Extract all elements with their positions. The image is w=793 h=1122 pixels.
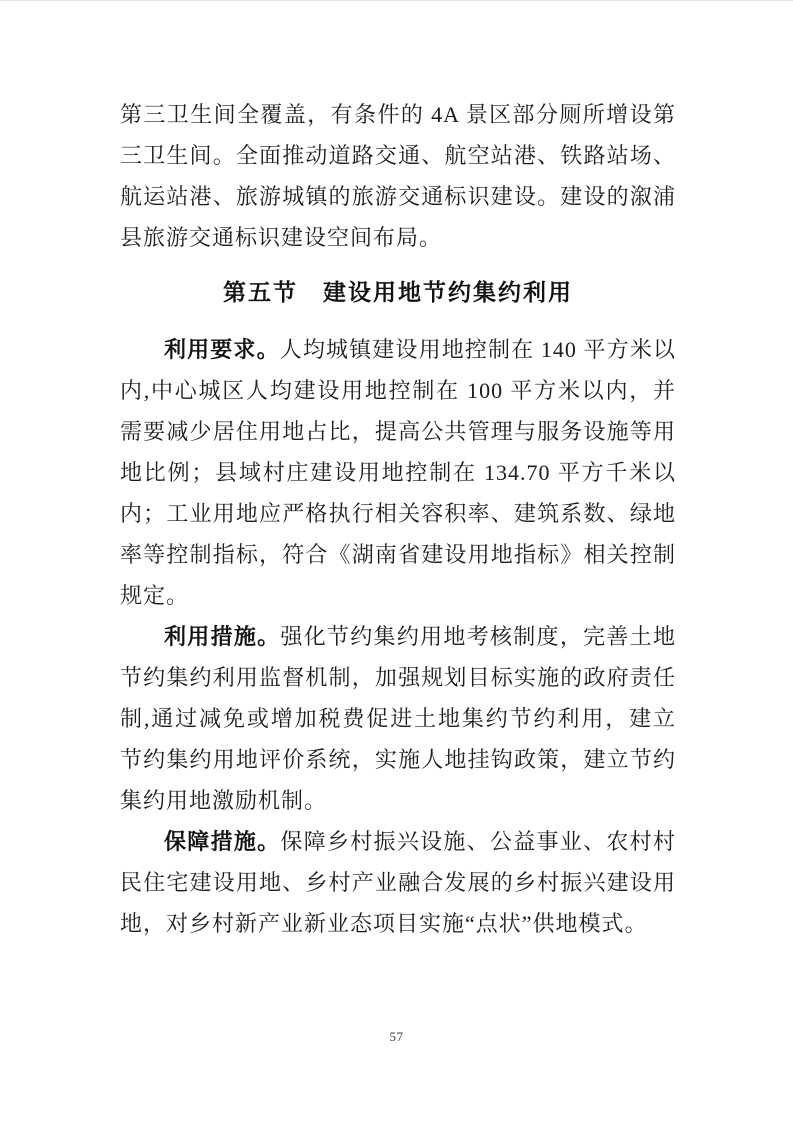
paragraph-lead: 保障措施。 bbox=[164, 829, 280, 854]
paragraph-body: 人均城镇建设用地控制在 140 平方米以内,中心城区人均建设用地控制在 100 … bbox=[120, 337, 676, 608]
page-number: 57 bbox=[0, 1029, 793, 1045]
paragraph-lead: 利用措施。 bbox=[164, 624, 280, 649]
paragraph-continuation: 第三卫生间全覆盖，有条件的 4A 景区部分厕所增设第三卫生间。全面推动道路交通、… bbox=[120, 94, 676, 258]
paragraph-body: 强化节约集约用地考核制度，完善土地节约集约利用监督机制，加强规划目标实施的政府责… bbox=[120, 624, 676, 813]
section-heading: 第五节 建设用地节约集约利用 bbox=[120, 272, 676, 313]
document-page: 第三卫生间全覆盖，有条件的 4A 景区部分厕所增设第三卫生间。全面推动道路交通、… bbox=[0, 0, 793, 1122]
paragraph-utilization-requirements: 利用要求。人均城镇建设用地控制在 140 平方米以内,中心城区人均建设用地控制在… bbox=[120, 329, 676, 616]
paragraph-utilization-measures: 利用措施。强化节约集约用地考核制度，完善土地节约集约利用监督机制，加强规划目标实… bbox=[120, 616, 676, 821]
paragraph-lead: 利用要求。 bbox=[164, 337, 280, 362]
paragraph-safeguard-measures: 保障措施。保障乡村振兴设施、公益事业、农村村民住宅建设用地、乡村产业融合发展的乡… bbox=[120, 821, 676, 944]
page-content: 第三卫生间全覆盖，有条件的 4A 景区部分厕所增设第三卫生间。全面推动道路交通、… bbox=[120, 94, 676, 944]
